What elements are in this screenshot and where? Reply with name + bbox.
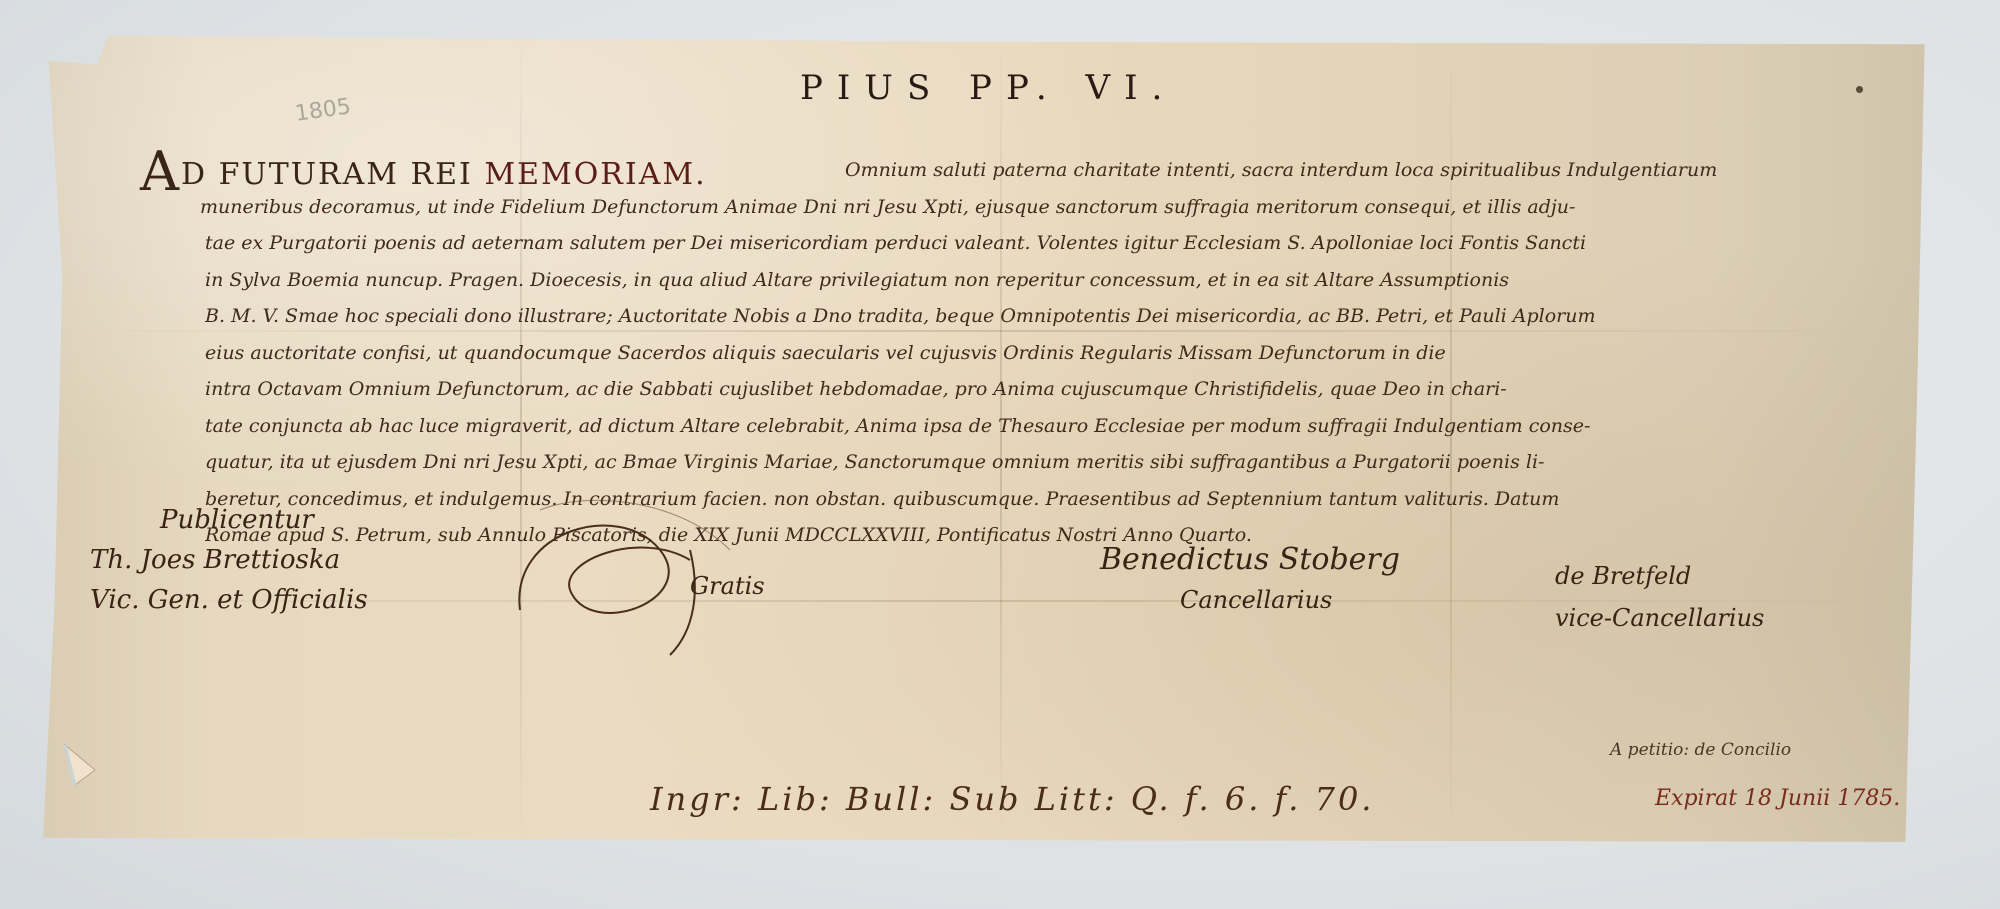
- registry-annotation: A petitio: de Concilio: [1610, 740, 1791, 760]
- signature-vice-chancellor: de Bretfeld vice-Cancellarius: [1555, 555, 1764, 639]
- body-line: beretur, concedimus, et indulgemus. In c…: [205, 481, 1945, 518]
- signature-line: Vic. Gen. et Officialis: [90, 580, 368, 620]
- pin-hole: [1856, 86, 1863, 93]
- document-title: PIUS PP. VI.: [800, 68, 1176, 108]
- body-line: eius auctoritate confisi, ut quandocumqu…: [205, 335, 1945, 372]
- body-line: quatur, ita ut ejusdem Dni nri Jesu Xpti…: [205, 444, 1945, 481]
- signature-line: Publicentur: [150, 500, 368, 540]
- vice-chancellor-name: de Bretfeld: [1555, 555, 1764, 597]
- chancellor-title: Cancellarius: [1100, 580, 1400, 620]
- document-body: Omnium saluti paterna charitate intenti,…: [205, 152, 1945, 554]
- heading-initial: A: [140, 140, 181, 203]
- signature-gratis: Gratis: [690, 572, 765, 600]
- body-line: muneribus decoramus, ut inde Fidelium De…: [200, 189, 1945, 226]
- expiry-note: Expirat 18 Junii 1785.: [1655, 786, 1900, 811]
- signature-line: Th. Joes Brettioska: [90, 540, 368, 580]
- torn-corner-icon: [55, 740, 105, 790]
- chancellor-name: Benedictus Stoberg: [1100, 540, 1400, 580]
- body-line: B. M. V. Smae hoc speciali dono illustra…: [205, 298, 1945, 335]
- body-line: in Sylva Boemia nuncup. Pragen. Dioecesi…: [205, 262, 1945, 299]
- body-line: Romae apud S. Petrum, sub Annulo Piscato…: [205, 517, 1945, 554]
- body-line: tate conjuncta ab hac luce migraverit, a…: [205, 408, 1945, 445]
- signature-chancellor: Benedictus Stoberg Cancellarius: [1100, 540, 1400, 620]
- body-line: tae ex Purgatorii poenis ad aeternam sal…: [205, 225, 1945, 262]
- body-line: Omnium saluti paterna charitate intenti,…: [205, 152, 1945, 189]
- body-line: intra Octavam Omnium Defunctorum, ac die…: [205, 371, 1945, 408]
- vice-chancellor-title: vice-Cancellarius: [1555, 597, 1764, 639]
- signature-publicentur: Publicentur Th. Joes Brettioska Vic. Gen…: [150, 500, 368, 620]
- registry-line: Ingr: Lib: Bull: Sub Litt: Q. f. 6. f. 7…: [650, 780, 1374, 818]
